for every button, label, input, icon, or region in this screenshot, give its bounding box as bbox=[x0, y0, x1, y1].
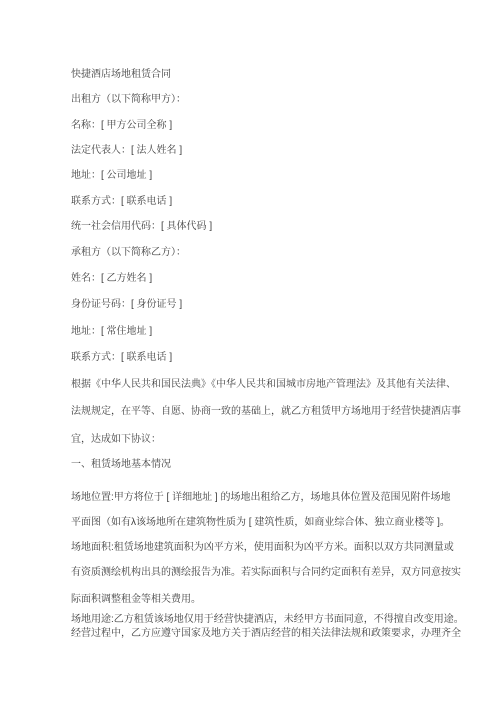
lessor-address-field: 地址：[ 公司地址 ] bbox=[71, 169, 152, 182]
clause-area-line-2: 有资质测绘机构出具的测绘报告为准。若实际面积与合同约定面积有差异，双方同意按实 bbox=[71, 566, 461, 579]
lessee-heading: 承租方（以下简称乙方）： bbox=[71, 246, 186, 259]
lessee-address-field: 地址：[ 常住地址 ] bbox=[71, 325, 152, 338]
section-1-heading: 一、租赁场地基本情况 bbox=[71, 458, 171, 471]
lessor-credit-code-field: 统一社会信用代码：[ 具体代码 ] bbox=[71, 220, 212, 233]
preamble-line-2: 法规规定，在平等、自愿、协商一致的基础上，就乙方租赁甲方场地用于经营快捷酒店事 bbox=[71, 405, 461, 418]
lessor-heading: 出租方（以下简称甲方）： bbox=[71, 93, 186, 106]
lessee-name-field: 姓名：[ 乙方姓名 ] bbox=[71, 272, 152, 285]
clause-area-line-3: 际面积调整租金等相关费用。 bbox=[71, 593, 201, 606]
clause-usage-line-1: 场地用途:乙方租赁该场地仅用于经营快捷酒店，未经甲方书面同意，不得擅自改变用途。 bbox=[71, 613, 464, 626]
preamble-line-3: 宜，达成如下协议： bbox=[71, 433, 161, 446]
clause-usage-line-2: 经营过程中，乙方应遵守国家及地方关于酒店经营的相关法律法规和政策要求，办理齐全 bbox=[71, 627, 461, 640]
lessee-contact-field: 联系方式：[ 联系电话 ] bbox=[71, 351, 172, 364]
clause-location-line-1: 场地位置:甲方将位于 [ 详细地址 ] 的场地出租给乙方，场地具体位置及范围见附… bbox=[71, 491, 450, 504]
clause-location-line-2: 平面图（如有λ该场地所在建筑物性质为 [ 建筑性质，如商业综合体、独立商业楼等 … bbox=[71, 516, 450, 529]
lessor-legal-rep-field: 法定代表人：[ 法人姓名 ] bbox=[71, 144, 182, 157]
lessee-id-number-field: 身份证号码：[ 身份证号 ] bbox=[71, 298, 182, 311]
preamble-line-1: 根据《中华人民共和国民法典》《中华人民共和国城市房地产管理法》及其他有关法律、 bbox=[71, 378, 456, 391]
contract-document-page: 快捷酒店场地租赁合同 出租方（以下简称甲方）： 名称：[ 甲方公司全称 ] 法定… bbox=[0, 0, 500, 707]
contract-title: 快捷酒店场地租赁合同 bbox=[71, 68, 171, 81]
lessor-name-field: 名称：[ 甲方公司全称 ] bbox=[71, 119, 172, 132]
lessor-contact-field: 联系方式：[ 联系电话 ] bbox=[71, 195, 172, 208]
clause-area-line-1: 场地面积:租赁场地建筑面积为凶平方米，使用面积为凶平方米。面积以双方共同测量或 bbox=[71, 541, 454, 554]
